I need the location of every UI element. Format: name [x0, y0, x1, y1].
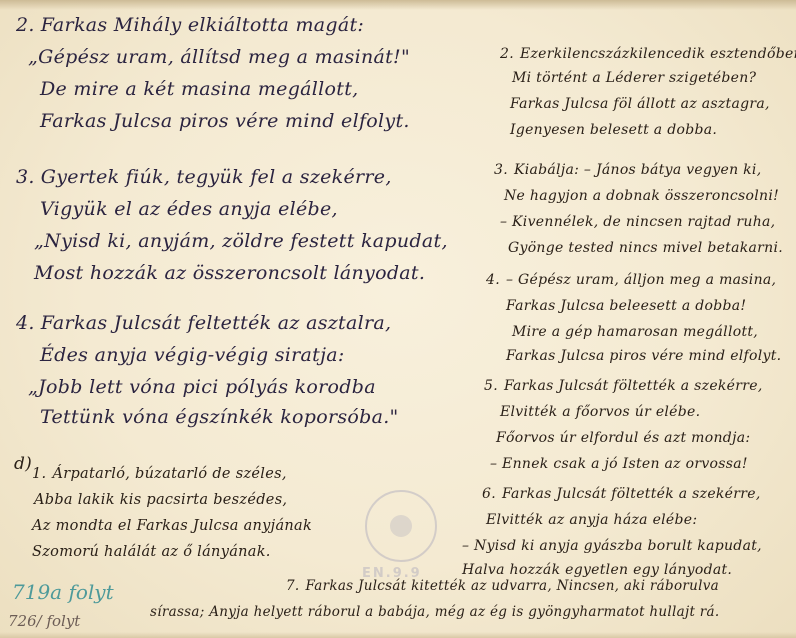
paper-top-edge — [0, 0, 796, 10]
left-stanza-2-line-3: De mire a két masina megállott, — [40, 78, 359, 100]
manuscript-page: 2.Farkas Mihály elkiáltotta magát: „Gépé… — [0, 0, 796, 638]
left-stanza-3-line-2: Vigyük el az édes anyja elébe, — [40, 198, 338, 220]
right-stanza-2-line-3: Farkas Julcsa föl állott az asztagra, — [510, 96, 770, 112]
right-stanza-5-line-1: 5.Farkas Julcsát föltették a szekérre, — [484, 378, 763, 394]
left-stanza-4-line-3: „Jobb lett vóna pici pólyás korodba — [28, 376, 376, 398]
section-d-label: d) — [14, 454, 32, 474]
left-stanza-4-line-2: Édes anyja végig-végig siratja: — [40, 344, 345, 366]
right-stanza-2-line-2: Mi történt a Léderer szigetében? — [512, 70, 756, 86]
left-stanza-2-line-4: Farkas Julcsa piros vére mind elfolyt. — [40, 110, 410, 132]
bottom-stanza-7-line-2: sírassa; Anyja helyett ráborul a babája,… — [150, 604, 720, 620]
right-stanza-3-line-3: – Kivennélek, de nincsen rajtad ruha, — [500, 214, 775, 230]
section-d-line-2: Abba lakik kis pacsirta beszédes, — [34, 492, 287, 508]
left-stanza-4-line-1: 4.Farkas Julcsát feltették az asztalra, — [16, 312, 391, 334]
right-stanza-6-line-2: Elvitték az anyja háza elébe: — [486, 512, 697, 528]
left-stanza-3-line-4: Most hozzák az összeroncsolt lányodat. — [34, 262, 425, 284]
left-stanza-2-line-2: „Gépész uram, állítsd meg a masinát!" — [28, 46, 410, 68]
bottom-stanza-7-line-1: 7.Farkas Julcsát kitették az udvarra, Ni… — [286, 578, 719, 594]
right-stanza-6-line-1: 6.Farkas Julcsát föltették a szekérre, — [482, 486, 761, 502]
right-stanza-4-line-3: Mire a gép hamarosan megállott, — [512, 324, 758, 340]
archive-mark-secondary: 726/ folyt — [8, 612, 80, 630]
archive-stamp — [365, 490, 437, 562]
archive-mark-primary: 719a folyt — [12, 580, 114, 604]
right-stanza-6-line-4: Halva hozzák egyetlen egy lányodat. — [462, 562, 732, 578]
right-stanza-5-line-2: Elvitték a főorvos úr elébe. — [500, 404, 700, 420]
right-stanza-2-line-1: 2.Ezerkilencszázkilencedik esztendőben — [500, 46, 796, 62]
right-stanza-4-line-4: Farkas Julcsa piros vére mind elfolyt. — [506, 348, 781, 364]
left-stanza-4-line-4: Tettünk vóna égszínkék koporsóba." — [40, 406, 399, 428]
right-stanza-3-line-1: 3.Kiabálja: – János bátya vegyen ki, — [494, 162, 761, 178]
paper-bottom-edge — [0, 632, 796, 638]
section-d-line-1: 1.Árpatarló, búzatarló de széles, — [32, 466, 287, 482]
right-stanza-5-line-3: Főorvos úr elfordul és azt mondja: — [496, 430, 750, 446]
section-d-line-3: Az mondta el Farkas Julcsa anyjának — [32, 518, 312, 534]
right-stanza-2-line-4: Igenyesen belesett a dobba. — [510, 122, 717, 138]
left-stanza-3-line-3: „Nyisd ki, anyjám, zöldre festett kapuda… — [34, 230, 448, 252]
right-stanza-6-line-3: – Nyisd ki anyja gyászba borult kapudat, — [462, 538, 762, 554]
right-stanza-4-line-1: 4.– Gépész uram, álljon meg a masina, — [486, 272, 776, 288]
left-stanza-2-line-1: 2.Farkas Mihály elkiáltotta magát: — [16, 14, 364, 36]
left-stanza-3-line-1: 3.Gyertek fiúk, tegyük fel a szekérre, — [16, 166, 392, 188]
right-stanza-5-line-4: – Ennek csak a jó Isten az orvossa! — [490, 456, 748, 472]
stamp-emblem-icon — [390, 515, 412, 537]
right-stanza-4-line-2: Farkas Julcsa beleesett a dobba! — [506, 298, 746, 314]
section-d-line-4: Szomorú halálát az ő lányának. — [32, 544, 271, 560]
right-stanza-3-line-2: Ne hagyjon a dobnak összeroncsolni! — [504, 188, 779, 204]
right-stanza-3-line-4: Gyönge tested nincs mivel betakarni. — [508, 240, 783, 256]
